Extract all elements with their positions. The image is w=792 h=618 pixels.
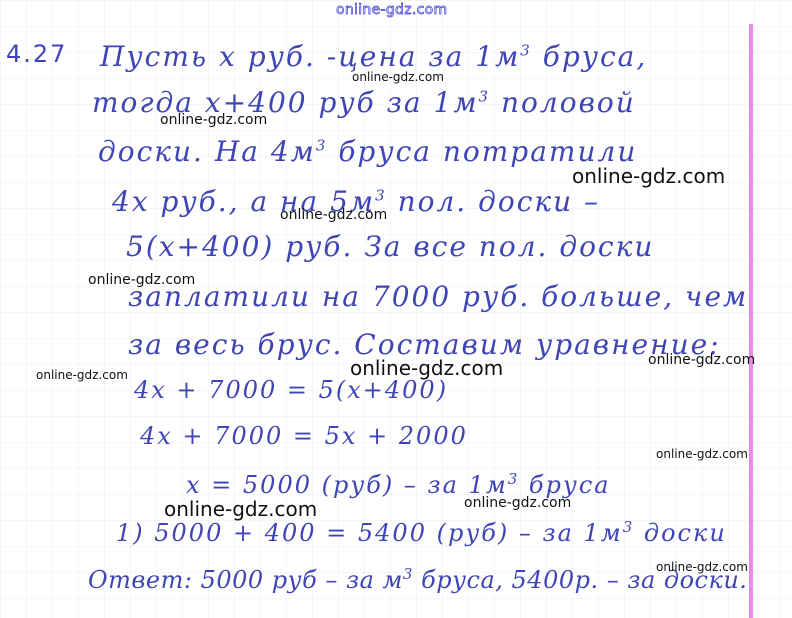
solution-line-3: доски. На 4м3 бруса потратили (98, 135, 637, 168)
solution-line-6: заплатили на 7000 руб. больше, чем (128, 280, 748, 313)
solution-line-5: 5(x+400) руб. За все пол. доски (126, 230, 654, 263)
watermark: online-gdz.com (352, 70, 444, 84)
watermark: online-gdz.com (88, 272, 195, 288)
watermark: online-gdz.com (160, 112, 267, 128)
answer-line: Ответ: 5000 руб – за м3 бруса, 5400р. – … (88, 565, 747, 594)
watermark: online-gdz.com (572, 164, 725, 188)
solution-line-1: Пусть x руб. -цена за 1м3 бруса, (100, 40, 647, 73)
watermark: online-gdz.com (464, 495, 571, 511)
step-1: 1) 5000 + 400 = 5400 (руб) – за 1м3 доск… (116, 518, 727, 547)
equation-2: 4x + 7000 = 5x + 2000 (140, 422, 468, 450)
watermark: online-gdz.com (280, 207, 387, 223)
watermark: online-gdz.com (648, 352, 755, 368)
watermark: online-gdz.com (164, 497, 317, 521)
watermark: online-gdz.com (656, 447, 748, 461)
watermark: online-gdz.com (36, 368, 128, 382)
notebook-margin-line (749, 24, 753, 618)
watermark: online-gdz.com (350, 356, 503, 380)
watermark: online-gdz.com (656, 560, 748, 574)
equation-1: 4x + 7000 = 5(x+400) (134, 376, 448, 404)
site-watermark-header: online-gdz.com (336, 2, 447, 18)
problem-number: 4.27 (6, 40, 67, 68)
